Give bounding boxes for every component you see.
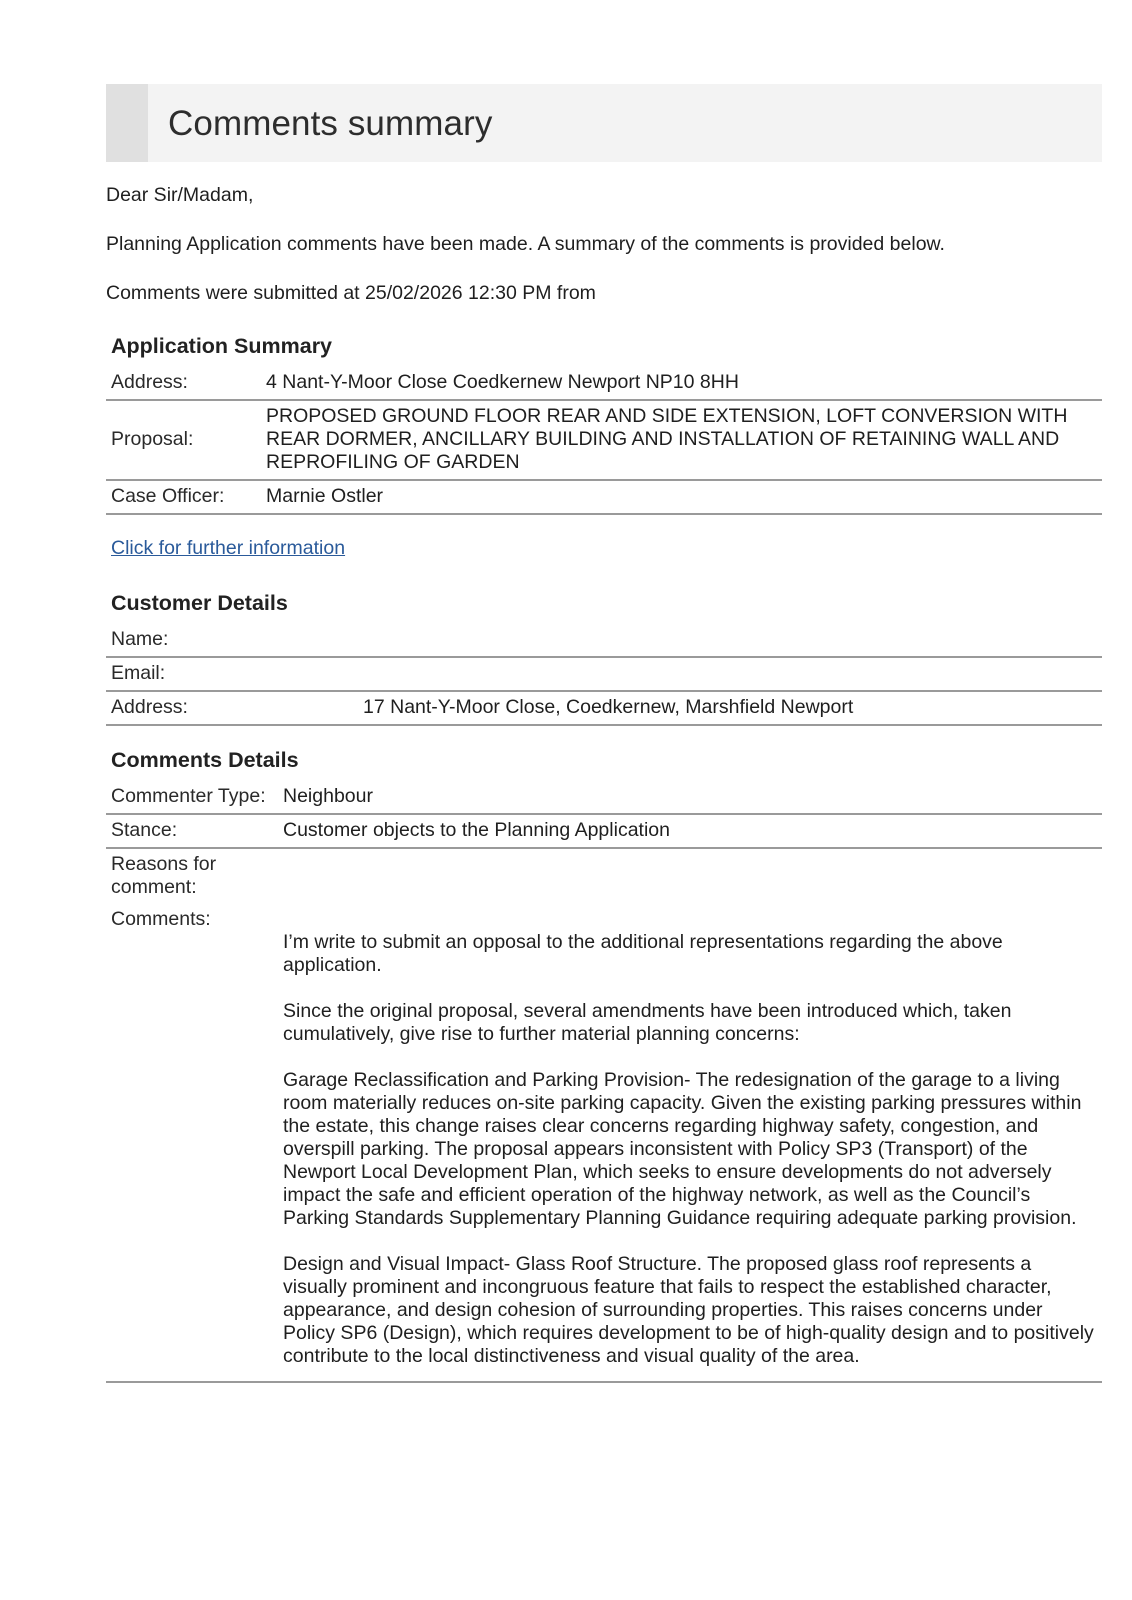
reasons-value xyxy=(278,848,1102,904)
comments-label: Comments: xyxy=(106,904,278,1396)
submitted-line: Comments were submitted at 25/02/2026 12… xyxy=(106,282,596,305)
case-officer-label: Case Officer: xyxy=(106,480,261,514)
comment-paragraph: Design and Visual Impact- Glass Roof Str… xyxy=(283,1253,1097,1368)
title-bar: Comments summary xyxy=(106,84,1102,162)
customer-details-table: Name: Email: Address: 17 Nant-Y-Moor Clo… xyxy=(106,624,1102,726)
comments-details-section: Comments Details Commenter Type: Neighbo… xyxy=(106,748,1102,1396)
proposal-value: PROPOSED GROUND FLOOR REAR AND SIDE EXTE… xyxy=(261,400,1102,480)
table-row: Email: xyxy=(106,657,1102,691)
reasons-label-text: Reasons for comment: xyxy=(111,853,231,899)
case-officer-value: Marnie Ostler xyxy=(261,480,1102,514)
commenter-type-label: Commenter Type: xyxy=(106,781,278,814)
stance-label: Stance: xyxy=(106,814,278,848)
table-row: Reasons for comment: xyxy=(106,848,1102,904)
further-information-link[interactable]: Click for further information xyxy=(111,537,345,560)
table-row: Case Officer: Marnie Ostler xyxy=(106,480,1102,514)
section-divider xyxy=(106,1381,1102,1383)
customer-details-heading: Customer Details xyxy=(111,591,1102,616)
comment-paragraph: Garage Reclassification and Parking Prov… xyxy=(283,1069,1097,1230)
comment-body: I’m write to submit an opposal to the ad… xyxy=(283,908,1097,1368)
email-value xyxy=(358,657,1102,691)
comments-value: I’m write to submit an opposal to the ad… xyxy=(278,904,1102,1396)
name-value xyxy=(358,624,1102,657)
table-row: Name: xyxy=(106,624,1102,657)
comment-paragraph: I’m write to submit an opposal to the ad… xyxy=(283,931,1097,977)
email-label: Email: xyxy=(106,657,358,691)
comments-details-table: Commenter Type: Neighbour Stance: Custom… xyxy=(106,781,1102,1396)
document-page: Comments summary Dear Sir/Madam, Plannin… xyxy=(106,84,1102,162)
reasons-label: Reasons for comment: xyxy=(106,848,278,904)
application-summary-table: Address: 4 Nant-Y-Moor Close Coedkernew … xyxy=(106,367,1102,515)
table-row: Address: 4 Nant-Y-Moor Close Coedkernew … xyxy=(106,367,1102,400)
name-label: Name: xyxy=(106,624,358,657)
address-value: 4 Nant-Y-Moor Close Coedkernew Newport N… xyxy=(261,367,1102,400)
table-row: Address: 17 Nant-Y-Moor Close, Coedkerne… xyxy=(106,691,1102,725)
table-row: Stance: Customer objects to the Planning… xyxy=(106,814,1102,848)
comments-details-heading: Comments Details xyxy=(111,748,1102,773)
intro-line: Planning Application comments have been … xyxy=(106,233,945,256)
application-summary-section: Application Summary Address: 4 Nant-Y-Mo… xyxy=(106,334,1102,515)
application-summary-heading: Application Summary xyxy=(111,334,1102,359)
stance-value: Customer objects to the Planning Applica… xyxy=(278,814,1102,848)
title-accent-block xyxy=(106,84,148,162)
address-label: Address: xyxy=(106,367,261,400)
table-row: Proposal: PROPOSED GROUND FLOOR REAR AND… xyxy=(106,400,1102,480)
table-row: Comments: I’m write to submit an opposal… xyxy=(106,904,1102,1396)
customer-details-section: Customer Details Name: Email: Address: 1… xyxy=(106,591,1102,726)
table-row: Commenter Type: Neighbour xyxy=(106,781,1102,814)
comment-paragraph: Since the original proposal, several ame… xyxy=(283,1000,1097,1046)
proposal-label: Proposal: xyxy=(106,400,261,480)
customer-address-value: 17 Nant-Y-Moor Close, Coedkernew, Marshf… xyxy=(358,691,1102,725)
page-title: Comments summary xyxy=(168,104,492,144)
customer-address-label: Address: xyxy=(106,691,358,725)
salutation: Dear Sir/Madam, xyxy=(106,184,253,207)
commenter-type-value: Neighbour xyxy=(278,781,1102,814)
